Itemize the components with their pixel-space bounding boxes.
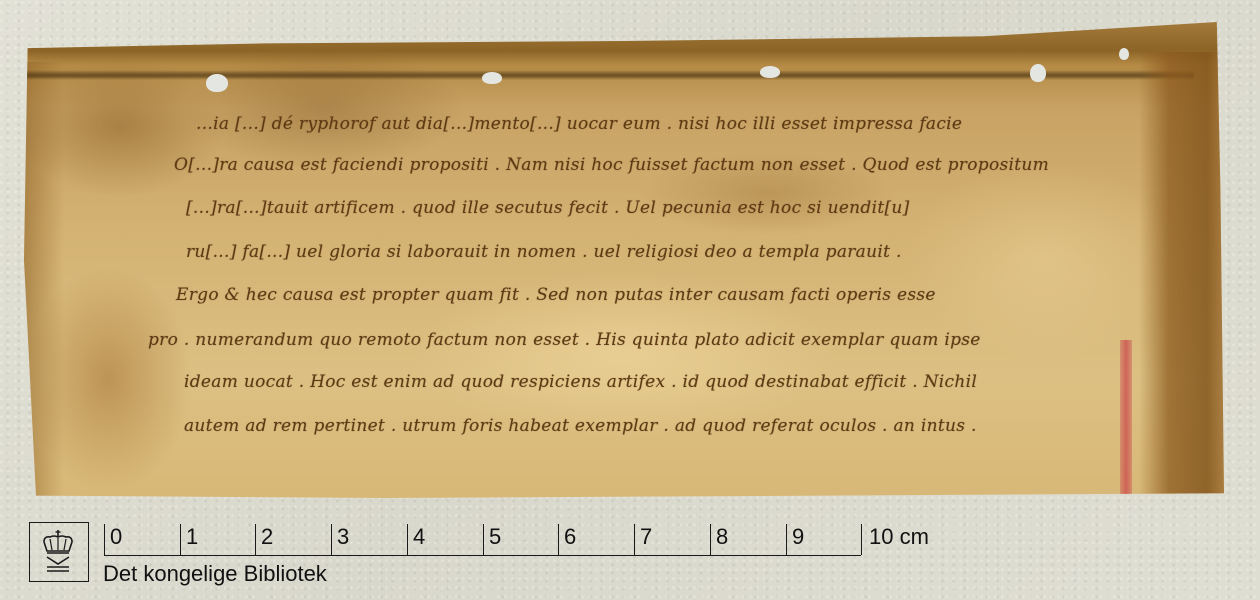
scale-tick [483,524,484,555]
scale-tick [786,524,787,555]
scale-tick [180,524,181,555]
institution-name: Det kongelige Bibliotek [103,561,327,587]
scale-tick [331,524,332,555]
scale-tick [255,524,256,555]
scale-tick [634,524,635,555]
scale-tick-label: 0 [110,524,122,550]
scale-tick [558,524,559,555]
scale-tick [407,524,408,555]
scale-baseline [104,555,861,556]
manuscript-line-7: ideam uocat . Hoc est enim ad quod respi… [184,372,977,392]
manuscript-line-5: Ergo & hec causa est propter quam fit . … [176,285,936,305]
scale-tick [861,524,862,555]
scale-tick-label: 2 [261,524,273,550]
scale-tick-label: 4 [413,524,425,550]
manuscript-line-6: pro . numerandum quo remoto factum non e… [148,330,981,350]
manuscript-line-2: O[...]ra causa est faciendi propositi . … [174,155,1049,175]
scale-tick [104,524,105,555]
manuscript-line-1: ...ia [...] dé ryphorof aut dia[...]ment… [196,114,962,134]
manuscript-line-4: ru[...] fa[...] uel gloria si laborauit … [186,242,902,262]
library-logo [29,522,89,582]
manuscript-fragment: ...ia [...] dé ryphorof aut dia[...]ment… [24,22,1224,498]
scale-tick-label: 10 cm [869,524,929,550]
crown-k-icon [30,523,88,581]
scale-tick-label: 1 [186,524,198,550]
manuscript-text: ...ia [...] dé ryphorof aut dia[...]ment… [24,22,1224,498]
manuscript-line-3: [...]ra[...]tauit artificem . quod ille … [186,198,910,218]
scale-tick-label: 9 [792,524,804,550]
scale-tick-label: 7 [640,524,652,550]
scale-tick-label: 8 [716,524,728,550]
scale-tick-label: 5 [489,524,501,550]
manuscript-line-8: autem ad rem pertinet . utrum foris habe… [184,416,977,436]
scale-tick-label: 3 [337,524,349,550]
scale-tick-label: 6 [564,524,576,550]
scale-tick [710,524,711,555]
